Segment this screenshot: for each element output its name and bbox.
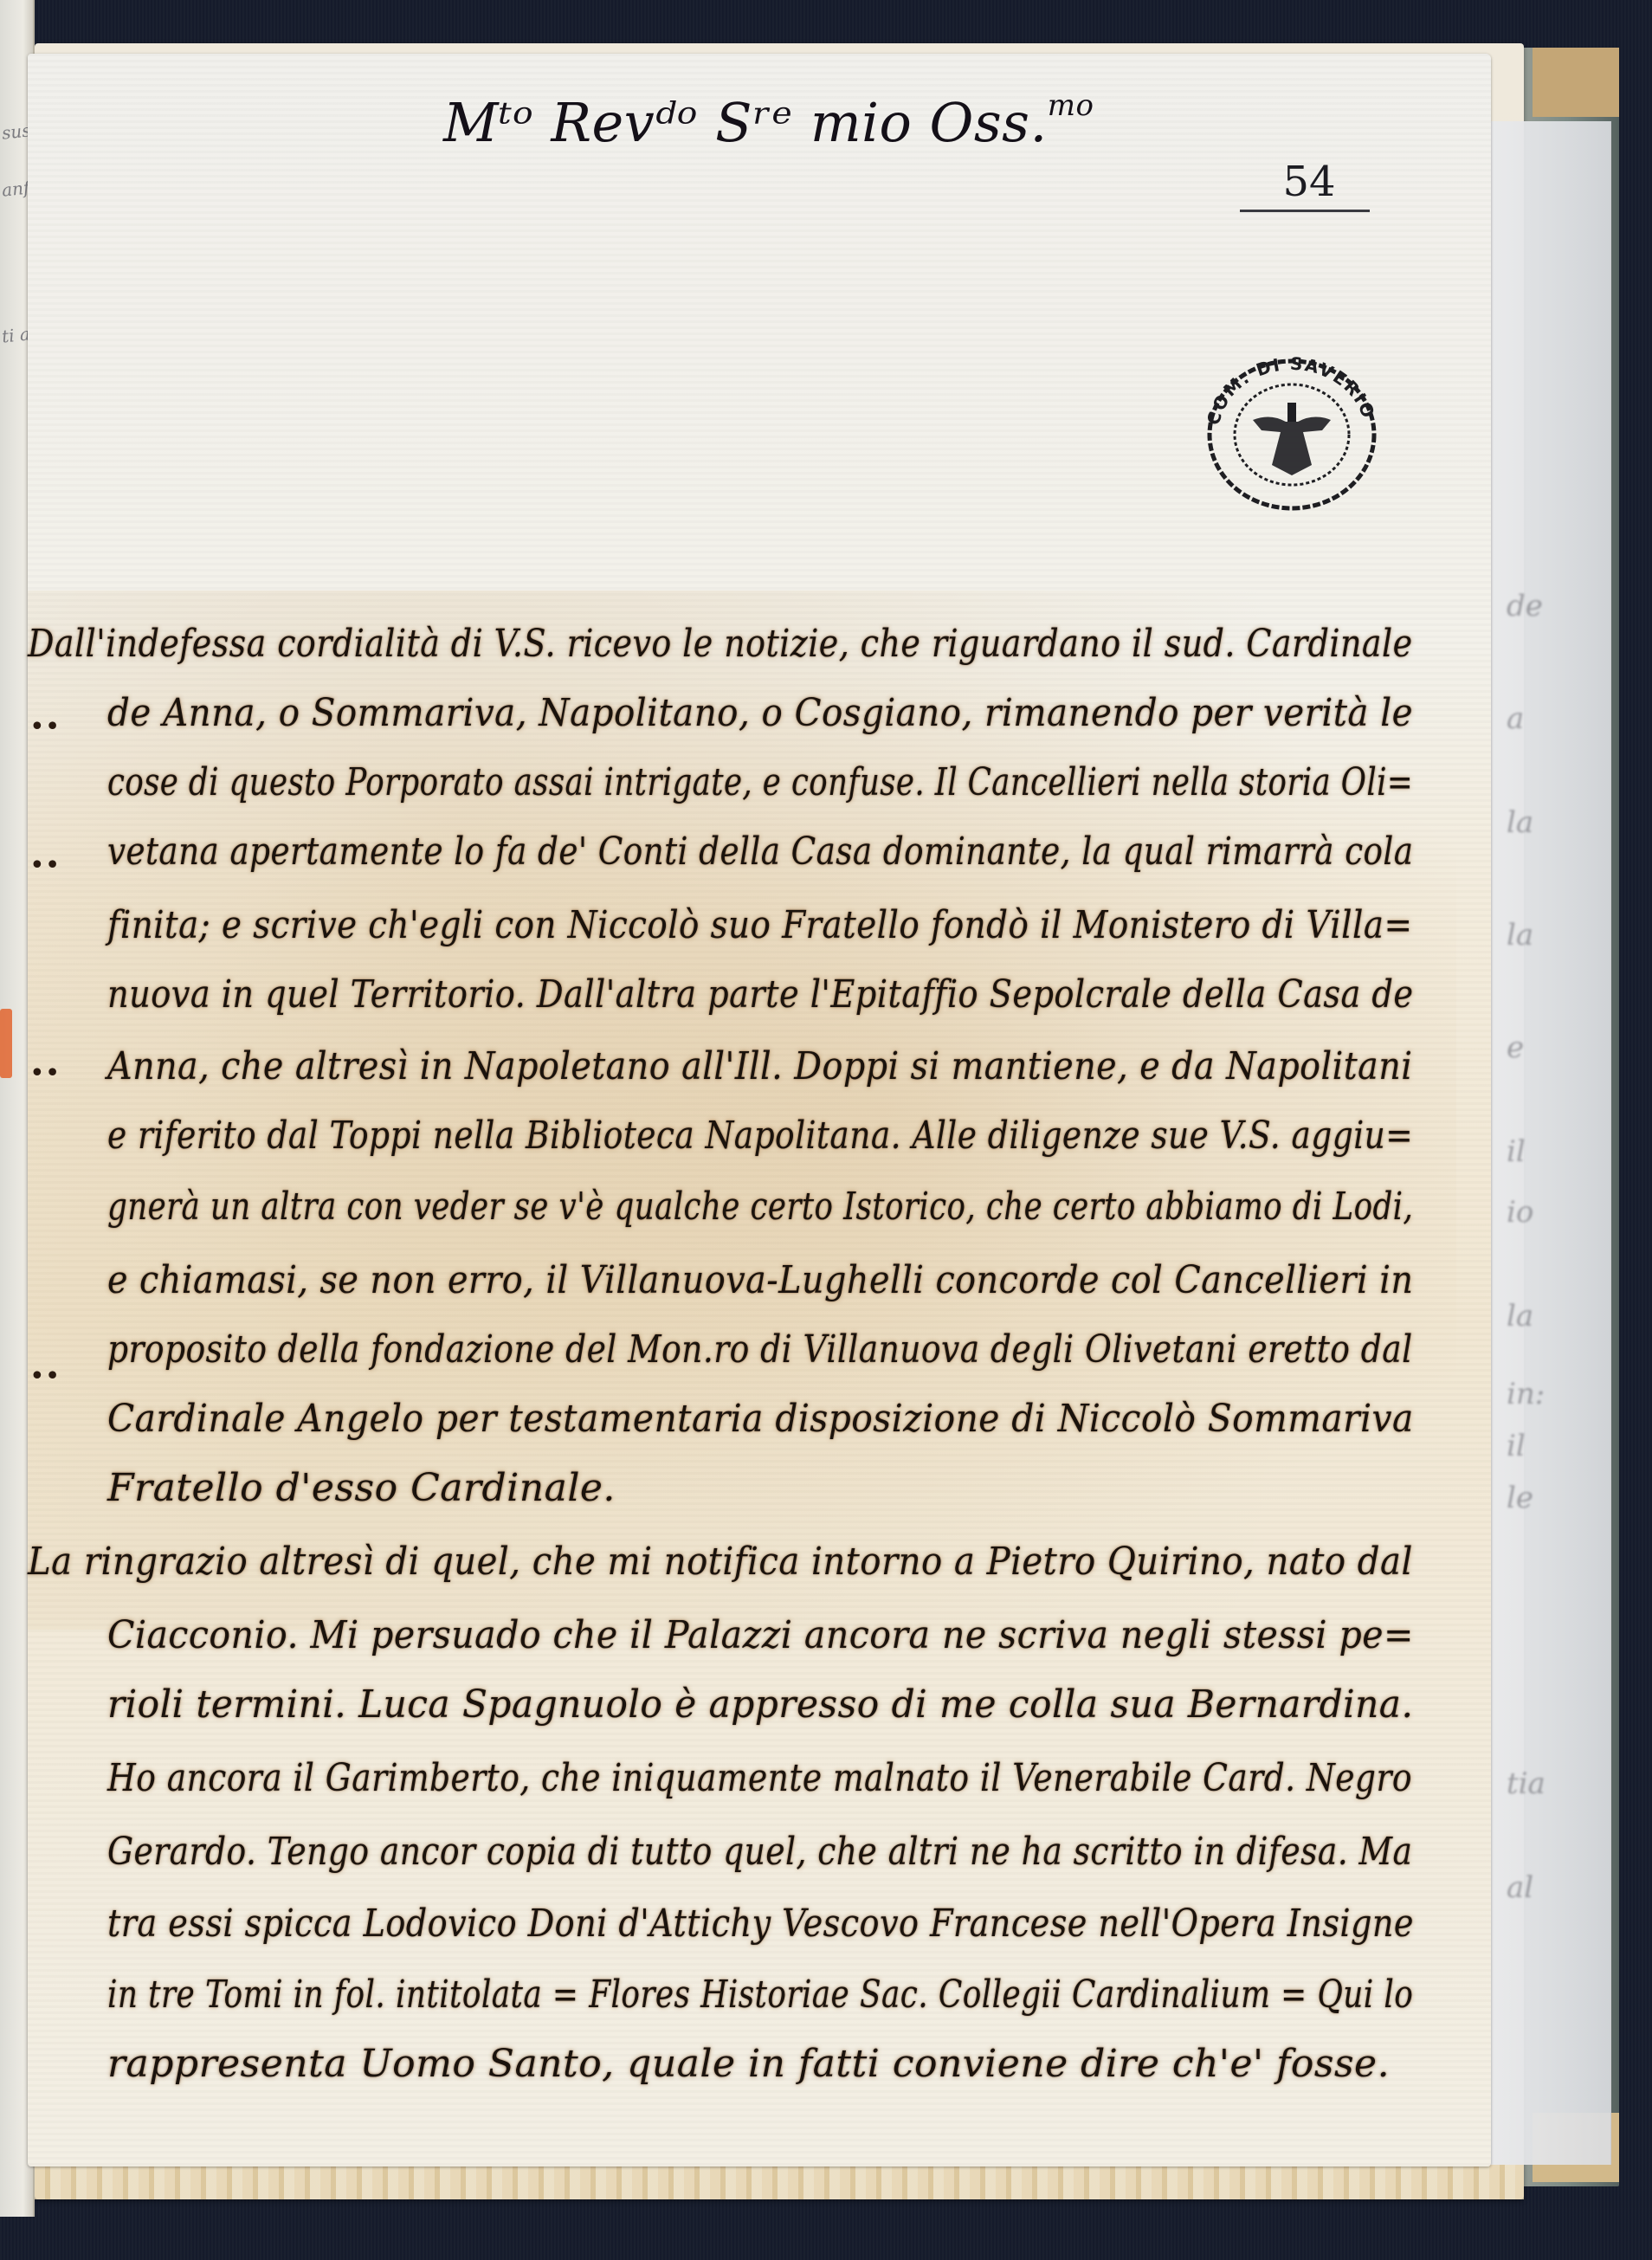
text-line: Gerardo. Tengo ancor copia di tutto quel… — [107, 1833, 1412, 1871]
ghost-text: tia — [1507, 1766, 1546, 1801]
ghost-text: la — [1507, 918, 1533, 952]
text-line: e chiamasi, se non erro, il Villanuova-L… — [107, 1262, 1413, 1300]
ghost-text: la — [1507, 1299, 1533, 1333]
margin-mark: •• — [29, 850, 60, 881]
text-line: Anna, che altresì in Napoletano all'Ill.… — [107, 1048, 1412, 1086]
ownership-stamp: COM. DI SAVERIO — [1201, 352, 1383, 517]
ghost-text: de — [1507, 589, 1543, 623]
text-line: Ciacconio. Mi persuado che il Palazzi an… — [107, 1617, 1414, 1655]
folio-number: 54 — [1249, 158, 1370, 206]
salutation-superscript: mo — [1048, 88, 1094, 123]
text-line: proposito della fondazione del Mon.ro di… — [107, 1331, 1413, 1369]
red-wax-mark — [0, 1009, 12, 1078]
ghost-text: a — [1507, 701, 1524, 736]
text-line: cose di questo Porporato assai intrigate… — [107, 764, 1413, 802]
text-line: rioli termini. Luca Spagnuolo è appresso… — [107, 1686, 1413, 1724]
text-line: finita; e scrive ch'egli con Niccolò suo… — [107, 907, 1412, 945]
board-corner-top — [1533, 48, 1619, 117]
foxed-edge — [35, 2165, 1524, 2199]
text-line: Fratello d'esso Cardinale. — [107, 1469, 616, 1508]
glassine-tissue: de a la la e il io la in: il le tia al — [1472, 121, 1611, 2165]
salutation-text: Mᵗᵒ Revᵈᵒ Sʳᵉ mio Oss. — [443, 91, 1048, 154]
text-line: de Anna, o Sommariva, Napolitano, o Cosg… — [107, 694, 1413, 733]
text-line: e riferito dal Toppi nella Biblioteca Na… — [107, 1117, 1413, 1155]
text-line: vetana apertamente lo fa de' Conti della… — [107, 833, 1413, 871]
ghost-text: le — [1507, 1481, 1533, 1515]
text-line: Dall'indefessa cordialità di V.S. ricevo… — [28, 625, 1413, 663]
text-line: nuova in quel Territorio. Dall'altra par… — [107, 976, 1413, 1014]
text-line: gnerà un altra con veder se v'è qualche … — [107, 1188, 1413, 1226]
ghost-text: al — [1507, 1870, 1533, 1905]
salutation: Mᵗᵒ Revᵈᵒ Sʳᵉ mio Oss.mo — [443, 88, 1094, 154]
ghost-text: io — [1507, 1195, 1533, 1230]
stamp-seal-icon: COM. DI SAVERIO — [1201, 352, 1383, 517]
page-fragment: ti a — [1, 323, 31, 346]
text-line: in tre Tomi in fol. intitolata = Flores … — [107, 1976, 1413, 2014]
text-line: tra essi spicca Lodovico Doni d'Attichy … — [107, 1905, 1414, 1943]
margin-mark: •• — [29, 1361, 60, 1392]
text-line: Ho ancora il Garimberto, che iniquamente… — [107, 1760, 1412, 1798]
manuscript-scene: de a la la e il io la in: il le tia al s… — [0, 0, 1652, 2260]
folio-underline — [1240, 210, 1370, 212]
ghost-text: il — [1507, 1134, 1526, 1169]
text-line: Cardinale Angelo per testamentaria dispo… — [107, 1400, 1414, 1438]
letter-leaf: Mᵗᵒ Revᵈᵒ Sʳᵉ mio Oss.mo 54 COM. DI SAVE… — [28, 54, 1491, 2166]
ghost-text: il — [1507, 1429, 1526, 1463]
ghost-text: e — [1507, 1030, 1524, 1065]
ghost-text: in: — [1507, 1377, 1545, 1411]
margin-mark: •• — [29, 712, 60, 742]
text-line: rappresenta Uomo Santo, quale in fatti c… — [107, 2045, 1390, 2083]
ghost-text: la — [1507, 805, 1533, 840]
margin-mark: •• — [29, 1058, 60, 1088]
text-line: La ringrazio altresì di quel, che mi not… — [28, 1543, 1413, 1581]
